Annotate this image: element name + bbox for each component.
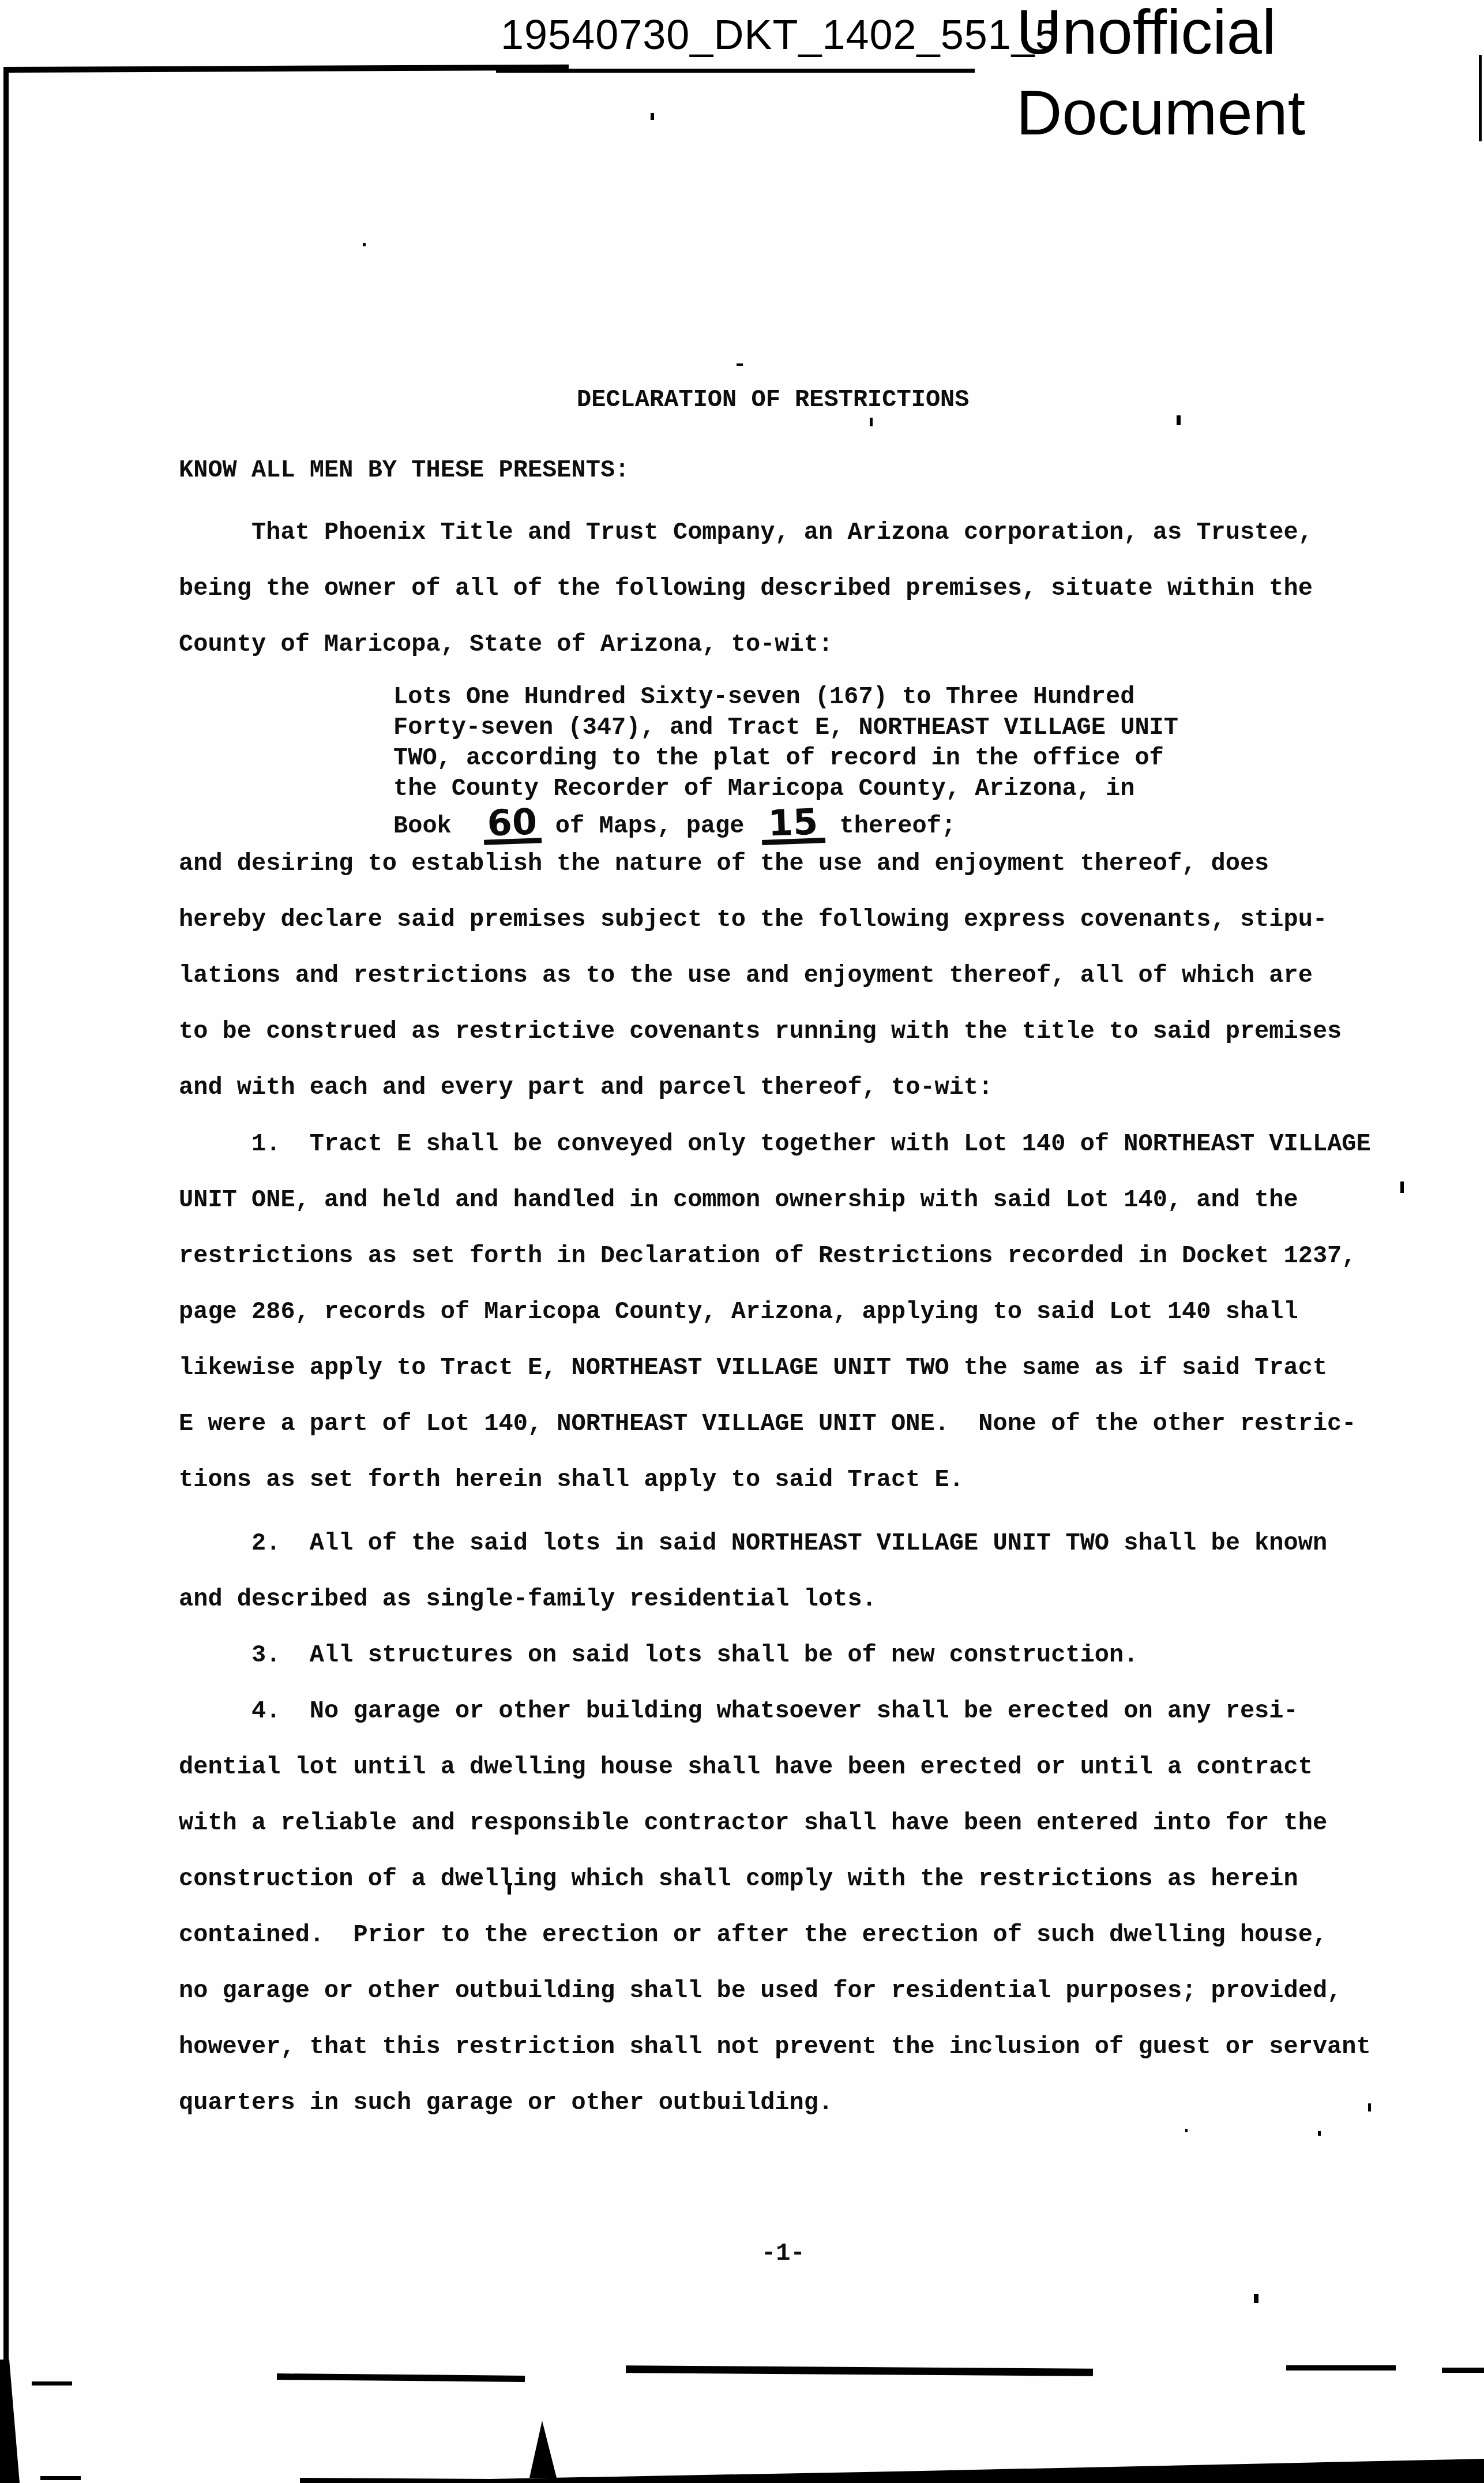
ink-speck [1185, 2129, 1188, 2132]
watermark-line-1: Unofficial [1016, 0, 1305, 73]
scan-border-top [3, 65, 569, 73]
scan-bottom-artifacts [0, 2339, 1484, 2483]
ink-speck [1318, 2131, 1321, 2136]
restriction-item-2: 2. All of the said lots in said NORTHEAS… [179, 1516, 1327, 1627]
ink-speck [508, 1885, 511, 1895]
legal-description-block: Lots One Hundred Sixty-seven (167) to Th… [393, 682, 1178, 804]
scanned-document-page: 19540730_DKT_1402_551_5 Unofficial Docum… [0, 0, 1484, 2483]
declaration-paragraph: and desiring to establish the nature of … [179, 836, 1342, 1116]
ink-speck [363, 243, 366, 246]
restriction-item-3: 3. All structures on said lots shall be … [179, 1627, 1138, 1683]
doc-id-header: 19540730_DKT_1402_551_5 [501, 12, 1059, 59]
ink-speck [870, 418, 873, 426]
restriction-item-1: 1. Tract E shall be conveyed only togeth… [179, 1116, 1371, 1508]
ink-speck [1400, 1182, 1404, 1193]
ink-speck [651, 113, 654, 120]
intro-paragraph: That Phoenix Title and Trust Company, an… [179, 505, 1313, 673]
watermark-line-2: Document [1016, 73, 1305, 153]
scan-border-right-fragment [1479, 55, 1482, 141]
scan-border-left [3, 67, 9, 2483]
opening-clause: KNOW ALL MEN BY THESE PRESENTS: [179, 442, 629, 498]
document-title: DECLARATION OF RESTRICTIONS [577, 372, 970, 428]
ink-speck [1368, 2103, 1371, 2111]
ink-speck [1177, 415, 1181, 425]
bottom-left-wedge [0, 2360, 20, 2483]
scan-bottom-artifacts-svg [0, 2339, 1484, 2483]
bottom-spike-triangle [529, 2421, 557, 2478]
ink-speck [1254, 2294, 1258, 2303]
page-number-footer: -1- [761, 2226, 805, 2282]
bottom-right-wedge [300, 2459, 1484, 2483]
unofficial-document-watermark: Unofficial Document [1016, 0, 1305, 153]
ink-speck [737, 363, 743, 366]
bottom-left-foot-streak [40, 2476, 81, 2480]
doc-id-underline [496, 69, 975, 73]
restriction-item-4: 4. No garage or other building whatsoeve… [179, 1683, 1371, 2131]
